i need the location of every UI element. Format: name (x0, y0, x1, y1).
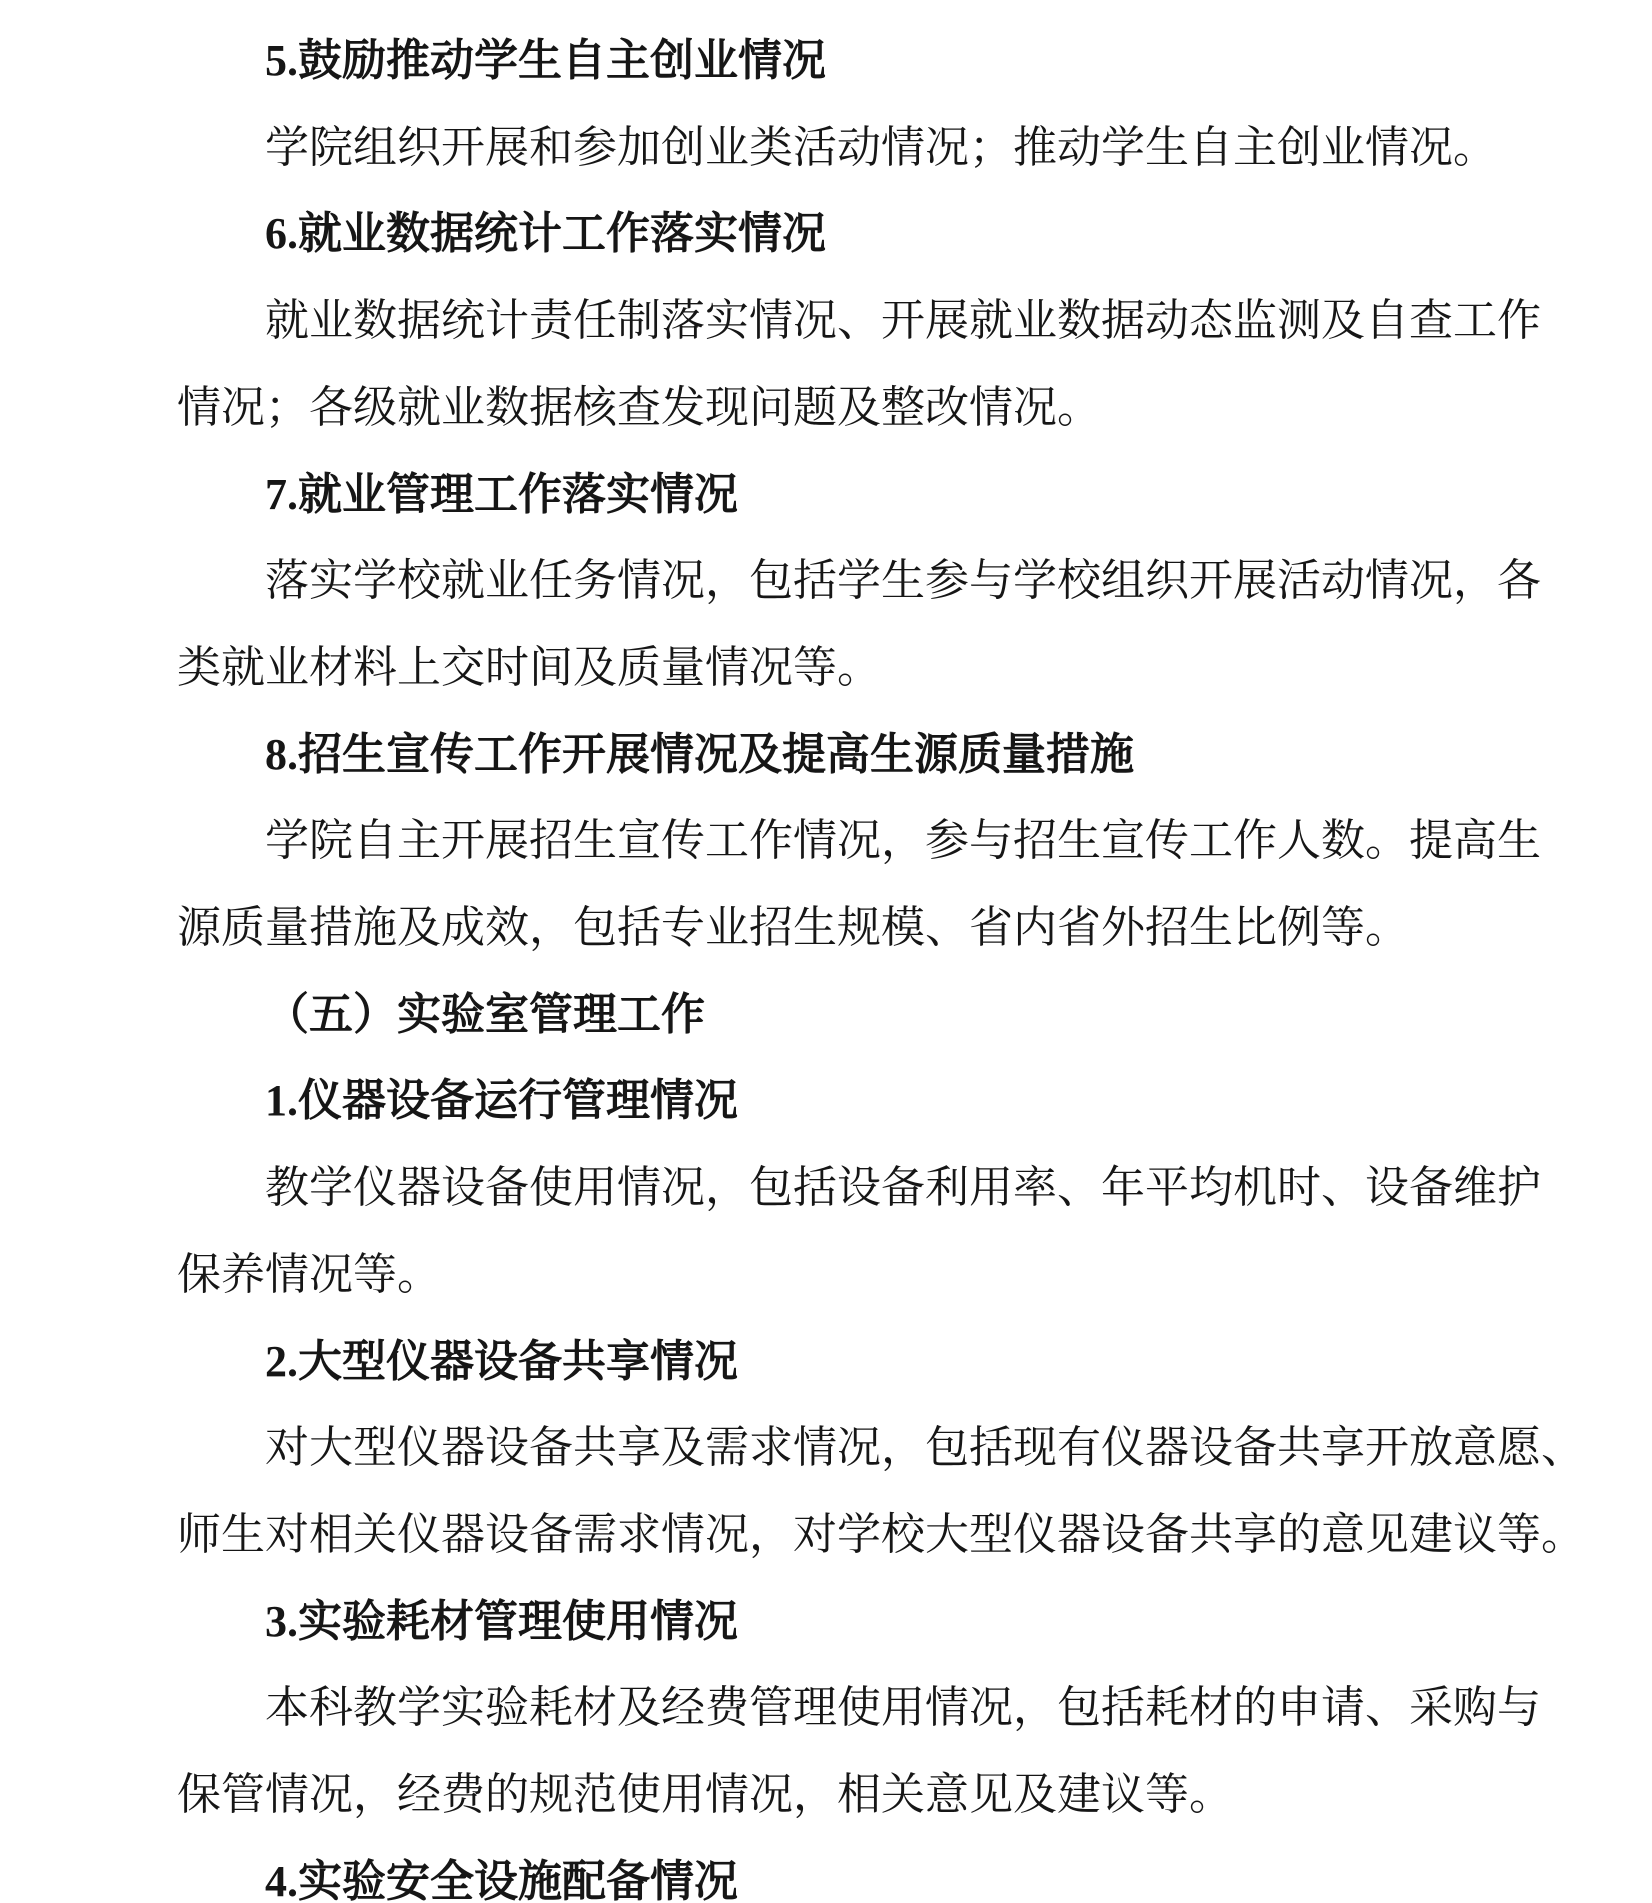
paragraph-line: 保管情况，经费的规范使用情况，相关意见及建议等。 (177, 1769, 1233, 1821)
section-heading-8: 8.招生宣传工作开展情况及提高生源质量措施 (265, 729, 1134, 781)
section-heading-4: 4.实验安全设施配备情况 (265, 1856, 738, 1903)
paragraph-line: 学院组织开展和参加创业类活动情况；推动学生自主创业情况。 (265, 122, 1497, 174)
paragraph-line: 师生对相关仪器设备需求情况，对学校大型仪器设备共享的意见建议等。 (177, 1509, 1585, 1561)
section-heading-2: 2.大型仪器设备共享情况 (265, 1336, 738, 1388)
paragraph-line: 情况；各级就业数据核查发现问题及整改情况。 (177, 382, 1101, 434)
section-heading-6: 6.就业数据统计工作落实情况 (265, 208, 826, 260)
paragraph-line: 落实学校就业任务情况，包括学生参与学校组织开展活动情况，各 (265, 555, 1541, 607)
section-heading-3: 3.实验耗材管理使用情况 (265, 1596, 738, 1648)
paragraph-line: 就业数据统计责任制落实情况、开展就业数据动态监测及自查工作 (265, 295, 1541, 347)
section-heading-5: 5.鼓励推动学生自主创业情况 (265, 35, 826, 87)
section-heading-1: 1.仪器设备运行管理情况 (265, 1075, 738, 1127)
paragraph-line: 保养情况等。 (177, 1249, 441, 1301)
paragraph-line: 对大型仪器设备共享及需求情况，包括现有仪器设备共享开放意愿、 (265, 1422, 1585, 1474)
paragraph-line: 教学仪器设备使用情况，包括设备利用率、年平均机时、设备维护 (265, 1162, 1541, 1214)
paragraph-line: 本科教学实验耗材及经费管理使用情况，包括耗材的申请、采购与 (265, 1682, 1541, 1734)
paragraph-line: 学院自主开展招生宣传工作情况，参与招生宣传工作人数。提高生 (265, 815, 1541, 867)
section-heading-five: （五）实验室管理工作 (265, 989, 705, 1041)
paragraph-line: 类就业材料上交时间及质量情况等。 (177, 642, 881, 694)
document-page: 5.鼓励推动学生自主创业情况 学院组织开展和参加创业类活动情况；推动学生自主创业… (0, 0, 1652, 1903)
paragraph-line: 源质量措施及成效，包括专业招生规模、省内省外招生比例等。 (177, 902, 1409, 954)
section-heading-7: 7.就业管理工作落实情况 (265, 469, 738, 521)
